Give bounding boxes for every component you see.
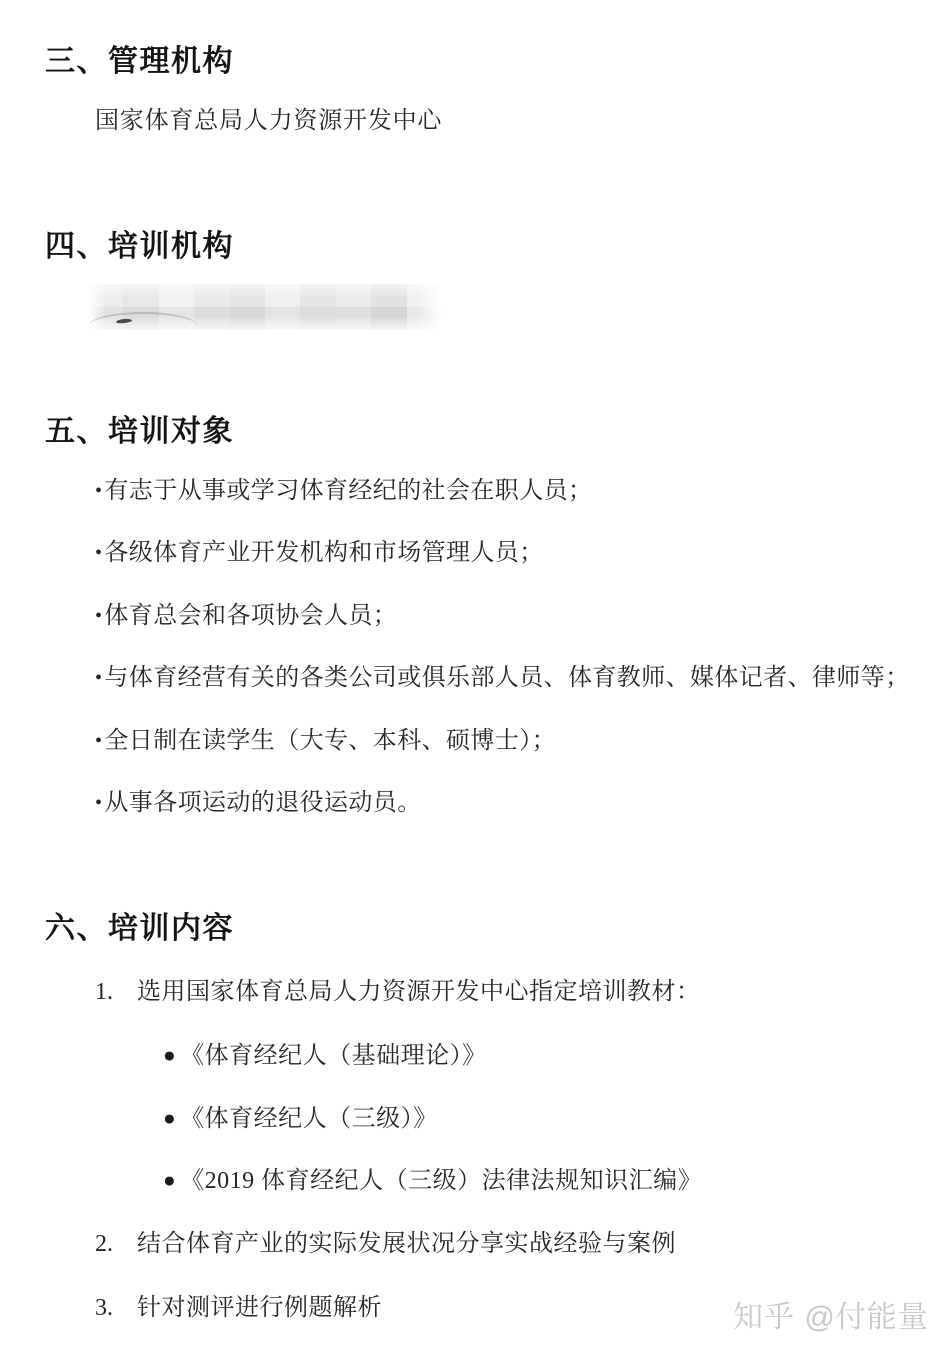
zhihu-watermark: 知乎 @付能量 xyxy=(733,1292,929,1336)
item-text: 选用国家体育总局人力资源开发中心指定培训教材： xyxy=(137,979,701,1005)
mosaic-cell xyxy=(194,284,229,307)
mosaic-cell xyxy=(336,307,371,330)
bullet-text: 各级体育产业开发机构和市场管理人员； xyxy=(104,540,543,566)
bullet-icon: • xyxy=(95,605,102,627)
section-heading-training-org: 四、培训机构 xyxy=(45,230,234,265)
item-number: 1. xyxy=(95,977,137,1007)
bullet-text: 从事各项运动的退役运动员。 xyxy=(104,790,421,816)
filled-circle-bullet-icon: ● xyxy=(163,1106,176,1130)
document-page: 三、管理机构 国家体育总局人力资源开发中心 四、培训机构 五、培训对象 •有志于… xyxy=(0,0,930,1350)
mosaic-cell xyxy=(230,307,265,330)
mosaic-cell xyxy=(265,307,300,330)
bullet-text: 有志于从事或学习体育经纪的社会在职人员； xyxy=(104,478,592,504)
bullet-item: •与体育经营有关的各类公司或俱乐部人员、体育教师、媒体记者、律师等； xyxy=(95,663,910,693)
item-number: 3. xyxy=(95,1293,137,1323)
book-title: 《体育经纪人（基础理论）》 xyxy=(180,1043,487,1069)
mosaic-cell xyxy=(300,307,335,330)
item-text: 针对测评进行例题解析 xyxy=(137,1295,382,1321)
mosaic-cell xyxy=(88,284,123,307)
filled-circle-bullet-icon: ● xyxy=(163,1168,176,1192)
book-title: 《2019 体育经纪人（三级）法律法规知识汇编》 xyxy=(180,1168,702,1194)
item-number: 2. xyxy=(95,1229,137,1259)
bullet-text: 体育总会和各项协会人员； xyxy=(104,603,397,629)
bullet-icon: • xyxy=(95,542,102,564)
mosaic-cell xyxy=(265,284,300,307)
bullet-icon: • xyxy=(95,730,102,752)
sub-bullet-item: ●《体育经纪人（三级）》 xyxy=(163,1104,438,1134)
bullet-text: 与体育经营有关的各类公司或俱乐部人员、体育教师、媒体记者、律师等； xyxy=(104,665,909,691)
mosaic-cell xyxy=(371,284,406,307)
mosaic-cell xyxy=(407,307,442,330)
mosaic-cell xyxy=(123,284,158,307)
sub-bullet-item: ●《体育经纪人（基础理论）》 xyxy=(163,1041,487,1071)
mosaic-cell xyxy=(371,307,406,330)
management-org-text: 国家体育总局人力资源开发中心 xyxy=(95,106,442,136)
sub-bullet-item: ●《2019 体育经纪人（三级）法律法规知识汇编》 xyxy=(163,1166,702,1196)
bullet-icon: • xyxy=(95,480,102,502)
filled-circle-bullet-icon: ● xyxy=(163,1043,176,1067)
mosaic-cell xyxy=(159,284,194,307)
item-text: 结合体育产业的实际发展状况分享实战经验与案例 xyxy=(137,1231,676,1257)
mosaic-cell xyxy=(407,284,442,307)
section-heading-training-targets: 五、培训对象 xyxy=(45,415,234,450)
redacted-region xyxy=(88,284,442,330)
bullet-item: •从事各项运动的退役运动员。 xyxy=(95,788,422,818)
numbered-item: 1.选用国家体育总局人力资源开发中心指定培训教材： xyxy=(95,977,701,1007)
bullet-item: •全日制在读学生（大专、本科、硕博士）； xyxy=(95,726,556,756)
bullet-item: •体育总会和各项协会人员； xyxy=(95,601,397,631)
section-heading-management-org: 三、管理机构 xyxy=(45,45,234,80)
numbered-item: 2.结合体育产业的实际发展状况分享实战经验与案例 xyxy=(95,1229,676,1259)
book-title: 《体育经纪人（三级）》 xyxy=(180,1106,438,1132)
numbered-item: 3.针对测评进行例题解析 xyxy=(95,1293,382,1323)
bullet-item: •有志于从事或学习体育经纪的社会在职人员； xyxy=(95,476,592,506)
bullet-text: 全日制在读学生（大专、本科、硕博士）； xyxy=(104,728,556,754)
bullet-icon: • xyxy=(95,792,102,814)
bullet-icon: • xyxy=(95,667,102,689)
mosaic-cell xyxy=(336,284,371,307)
mosaic-cell xyxy=(194,307,229,330)
section-heading-training-content: 六、培训内容 xyxy=(45,912,234,947)
mosaic-cell xyxy=(230,284,265,307)
bullet-item: •各级体育产业开发机构和市场管理人员； xyxy=(95,538,544,568)
mosaic-cell xyxy=(300,284,335,307)
